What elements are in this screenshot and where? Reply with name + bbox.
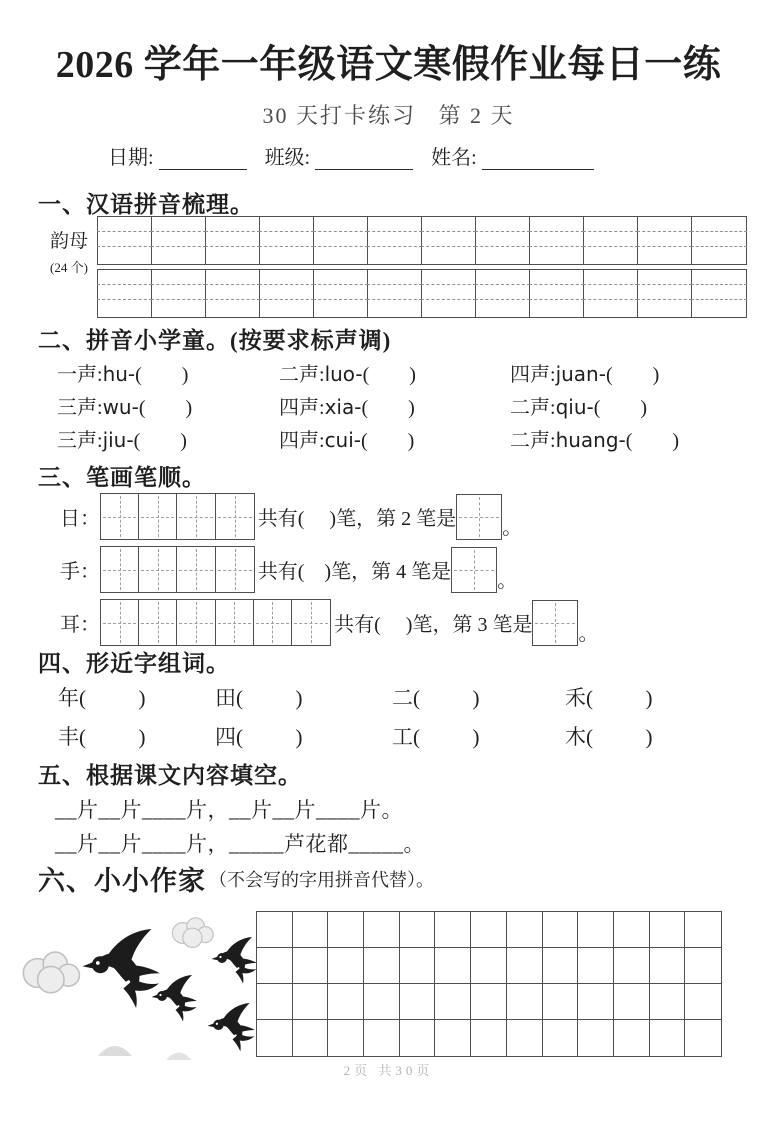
tone-item: 二声:luo-( ) [279,358,510,387]
base-character: 禾 [565,682,586,712]
stroke-character: 耳： [60,608,100,637]
stroke-order-grid [100,493,255,540]
page-subtitle: 30 天打卡练习 第 2 天 [0,99,777,130]
similar-char-item: 丰( ) [58,721,215,751]
composition-cell [328,1020,364,1056]
composition-cell [507,984,543,1020]
grid-row [101,494,254,539]
tone-item: 二声:huang-( ) [510,424,679,453]
composition-cell [578,1020,614,1056]
composition-cell [507,948,543,984]
answer-blank: ( ) [79,686,146,711]
stroke-period: 。 [578,617,598,646]
field-class-blank [315,147,413,170]
composition-cell [614,984,650,1020]
hill-icon [98,1046,132,1056]
stroke-order-grid [100,546,255,593]
stroke-character: 手： [60,555,100,584]
tone-row-1: 一声:hu-( ) 二声:luo-( ) 四声:juan-( ) [57,358,659,387]
composition-cell [435,984,471,1020]
tone-label: 二声: [510,424,556,453]
similar-char-item: 禾( ) [565,682,653,712]
grid-row [101,547,254,592]
stroke-order-grid [100,599,331,646]
tian-cell [177,600,215,645]
similar-char-item: 二( ) [392,682,565,712]
tone-item: 三声:jiu-( ) [57,424,279,453]
stroke-answer-box [451,547,497,593]
pinyin-cell [584,270,638,317]
pinyin-grid-row-1 [97,216,747,265]
pinyin-cell [368,217,422,264]
composition-cell [543,1020,579,1056]
composition-cell [578,948,614,984]
pinyin-cell [260,270,314,317]
tian-cell [216,494,254,539]
field-name-label: 姓名: [431,141,477,170]
pinyin-cell [314,270,368,317]
pinyin-cell [152,270,206,317]
tian-cell [101,547,139,592]
tian-cell [139,494,177,539]
composition-cell [543,912,579,948]
pinyin-cell [314,217,368,264]
composition-cell [471,948,507,984]
tone-item: 四声:juan-( ) [510,358,659,387]
answer-blank: ( ) [236,725,303,750]
composition-cell [435,912,471,948]
tone-row-2: 三声:wu-( ) 四声:xia-( ) 二声:qiu-( ) [57,391,647,420]
composition-cell [471,1020,507,1056]
composition-cell [364,1020,400,1056]
composition-cell [293,984,329,1020]
pinyin-cell [368,270,422,317]
field-class: 班级: [265,141,414,170]
grid-row [101,600,330,645]
composition-cell [328,912,364,948]
pinyin-cell [206,217,260,264]
cloud-icon [172,918,213,948]
hill-icon [166,1053,192,1061]
composition-cell [685,984,721,1020]
fill-blank-line-2: __片__片____片，_____芦花都_____。 [55,828,425,858]
tone-label: 三声: [57,391,103,420]
pinyin-cell [152,217,206,264]
stroke-period: 。 [502,511,522,540]
writer-note: （不会写的字用拼音代替）。 [209,866,434,892]
grid-row [257,1020,721,1056]
section-4-heading: 四、形近字组词。 [38,645,230,678]
composition-cell [543,984,579,1020]
section-1-heading: 一、汉语拼音梳理。 [38,186,254,219]
fill-blank-line-1: __片__片____片，__片__片____片。 [55,794,403,824]
grid-row [98,270,746,317]
tone-label: 一声: [57,358,103,387]
composition-cell [507,912,543,948]
pinyin-row-label-main: 韵母 [42,226,96,253]
pinyin-cell [530,217,584,264]
pinyin-cell [530,270,584,317]
composition-cell [257,948,293,984]
section-3-heading: 三、笔画笔顺。 [38,459,206,492]
stroke-question: 共有( )笔，第 3 笔是 [334,608,532,637]
grid-row [98,217,746,264]
answer-blank: ( ) [135,364,188,387]
stroke-character: 日： [60,502,100,531]
pinyin-cell [206,270,260,317]
grid-row [257,984,721,1020]
pinyin-grid-row-2 [97,269,747,318]
stroke-question: 共有( )笔，第 2 笔是 [258,502,456,531]
tone-item: 一声:hu-( ) [57,358,279,387]
answer-blank: ( ) [594,397,647,420]
answer-blank: ( ) [236,686,303,711]
base-character: 四 [215,721,236,751]
composition-cell [257,1020,293,1056]
base-character: 田 [215,682,236,712]
composition-cell [650,948,686,984]
pinyin-row-label-count: (24 个) [42,257,96,276]
pinyin-cell [98,217,152,264]
similar-char-item: 木( ) [565,721,653,751]
similar-char-item: 年( ) [58,682,215,712]
tone-item: 二声:qiu-( ) [510,391,647,420]
composition-cell [328,948,364,984]
answer-blank: ( ) [363,364,416,387]
swallow-icon [83,929,160,1008]
tone-label: 三声: [57,424,103,453]
composition-cell [650,1020,686,1056]
composition-cell [400,948,436,984]
pinyin-syllable: cui- [325,428,361,452]
pinyin-cell [476,270,530,317]
pinyin-syllable: luo- [325,362,363,386]
pinyin-syllable: huang- [556,428,626,452]
composition-cell [650,984,686,1020]
tian-cell [101,600,139,645]
field-date: 日期: [108,141,247,170]
base-character: 年 [58,682,79,712]
composition-cell [614,912,650,948]
tone-item: 四声:cui-( ) [279,424,510,453]
pinyin-cell [422,217,476,264]
composition-cell [435,1020,471,1056]
pinyin-writing-grids [97,216,747,322]
tian-cell [101,494,139,539]
base-character: 二 [392,682,413,712]
composition-writing-grid [256,911,722,1057]
pinyin-cell [476,217,530,264]
stroke-row-ri: 日： 共有( )笔，第 2 笔是 。 [60,493,522,540]
pinyin-cell [692,217,746,264]
composition-cell [328,984,364,1020]
answer-blank: ( ) [606,364,659,387]
tone-label: 四声: [279,424,325,453]
pinyin-cell [638,270,692,317]
tone-label: 二声: [279,358,325,387]
composition-cell [471,912,507,948]
answer-blank: ( ) [139,397,192,420]
composition-cell [364,948,400,984]
answer-blank: ( ) [586,725,653,750]
tian-cell [139,547,177,592]
pinyin-row-label: 韵母 (24 个) [42,226,96,276]
answer-blank: ( ) [413,725,480,750]
composition-cell [650,912,686,948]
tian-cell [177,494,215,539]
swallow-icon [152,975,198,1022]
tone-label: 四声: [279,391,325,420]
composition-cell [257,912,293,948]
stroke-question: 共有( )笔，第 4 笔是 [258,555,451,584]
answer-blank: ( ) [134,430,187,453]
composition-cell [400,1020,436,1056]
grid-row [257,912,721,948]
pinyin-cell [98,270,152,317]
pinyin-cell [422,270,476,317]
grid-row [257,948,721,984]
field-name: 姓名: [431,141,594,170]
tone-label: 四声: [510,358,556,387]
answer-blank: ( ) [79,725,146,750]
composition-cell [293,912,329,948]
composition-cell [685,948,721,984]
composition-cell [578,912,614,948]
stroke-row-shou: 手： 共有( )笔，第 4 笔是 。 [60,546,517,593]
swallow-icon [212,937,258,984]
cloud-icon [23,952,79,993]
tian-cell [177,547,215,592]
composition-cell [257,984,293,1020]
pinyin-syllable: jiu- [103,428,134,452]
base-character: 工 [392,721,413,751]
field-name-blank [482,147,594,170]
field-date-blank [159,147,247,170]
tian-cell [216,600,254,645]
pinyin-syllable: qiu- [556,395,594,419]
answer-blank: ( ) [361,397,414,420]
student-info-row: 日期: 班级: 姓名: [108,141,594,170]
pinyin-cell [638,217,692,264]
composition-cell [471,984,507,1020]
similar-char-item: 工( ) [392,721,565,751]
answer-blank: ( ) [586,686,653,711]
similar-char-item: 四( ) [215,721,392,751]
composition-cell [400,912,436,948]
swallows-illustration [20,903,260,1065]
base-character: 木 [565,721,586,751]
section-6-heading: 六、小小作家 （不会写的字用拼音代替）。 [38,859,434,898]
tian-cell [254,600,292,645]
tian-cell [292,600,330,645]
tian-cell [216,547,254,592]
composition-cell [543,948,579,984]
stroke-answer-box [532,600,578,646]
composition-cell [435,948,471,984]
pinyin-cell [260,217,314,264]
composition-cell [614,948,650,984]
similar-char-row-1: 年( ) 田( ) 二( ) 禾( ) [58,682,653,712]
tone-item: 三声:wu-( ) [57,391,279,420]
base-character: 丰 [58,721,79,751]
section-2-heading: 二、拼音小学童。(按要求标声调) [38,322,391,355]
answer-blank: ( ) [361,430,414,453]
composition-cell [364,984,400,1020]
composition-cell [685,1020,721,1056]
composition-cell [685,912,721,948]
stroke-row-er: 耳： 共有( )笔，第 3 笔是 。 [60,599,598,646]
pinyin-syllable: wu- [103,395,139,419]
tian-cell [139,600,177,645]
field-class-label: 班级: [265,141,311,170]
writer-heading: 六、小小作家 [38,859,206,898]
page-title: 2026 学年一年级语文寒假作业每日一练 [0,33,777,88]
similar-char-row-2: 丰( ) 四( ) 工( ) 木( ) [58,721,653,751]
composition-cell [364,912,400,948]
answer-blank: ( ) [626,430,679,453]
stroke-answer-box [456,494,502,540]
tone-label: 二声: [510,391,556,420]
similar-char-item: 田( ) [215,682,392,712]
page-number: 2页 共30页 [0,1060,777,1079]
composition-cell [293,948,329,984]
composition-cell [614,1020,650,1056]
answer-blank: ( ) [413,686,480,711]
tone-item: 四声:xia-( ) [279,391,510,420]
composition-cell [578,984,614,1020]
composition-cell [400,984,436,1020]
stroke-period: 。 [497,564,517,593]
pinyin-syllable: juan- [556,362,606,386]
pinyin-cell [692,270,746,317]
composition-cell [293,1020,329,1056]
composition-cell [507,1020,543,1056]
tone-row-3: 三声:jiu-( ) 四声:cui-( ) 二声:huang-( ) [57,424,679,453]
pinyin-syllable: xia- [325,395,362,419]
field-date-label: 日期: [108,141,154,170]
pinyin-syllable: hu- [103,362,136,386]
pinyin-cell [584,217,638,264]
swallow-icon [208,1003,255,1051]
section-5-heading: 五、根据课文内容填空。 [38,757,302,790]
